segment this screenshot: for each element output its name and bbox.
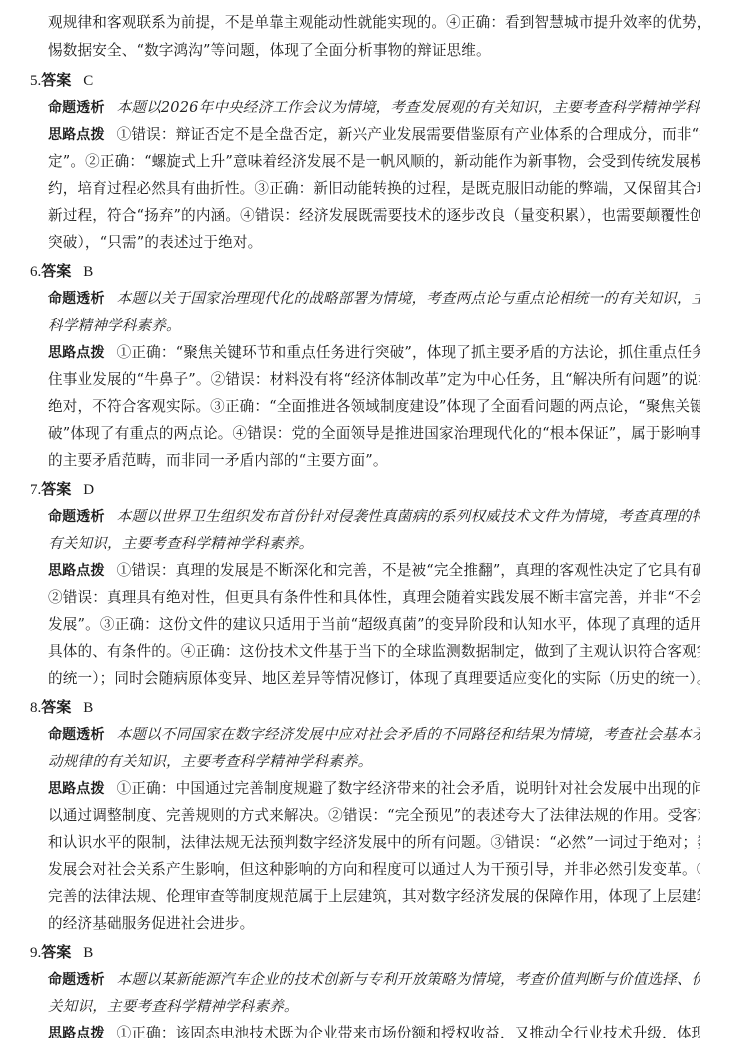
analysis-text: 本题以2026年中央经济工作会议为情境，考查发展观的有关知识，主要考查科学精神学… — [117, 99, 700, 116]
analysis-text: 本题以不同国家在数字经济发展中应对社会矛盾的不同路径和结果为情境，考查社会基本矛… — [117, 726, 700, 743]
hint-label: 思路点拨 — [48, 127, 105, 143]
analysis-line: 科学精神学科素养。 — [48, 316, 700, 336]
question-5-header: 5.答案C — [30, 70, 93, 90]
hint-line: 住事业发展的“牛鼻子”。②错误：材料没有将“经济体制改革”定为中心任务，且“解决… — [48, 370, 700, 390]
analysis-line: 有关知识，主要考查科学精神学科素养。 — [48, 534, 700, 554]
hint-label: 思路点拨 — [48, 781, 105, 797]
question-7-header: 7.答案D — [30, 479, 94, 499]
analysis-text: 本题以某新能源汽车企业的技术创新与专利开放策略为情境，考查价值判断与价值选择、价… — [117, 971, 700, 988]
question-9-header: 9.答案B — [30, 942, 93, 962]
hint-line: 约，培育过程必然具有曲折性。③正确：新旧动能转换的过程，是既克服旧动能的弊端，又… — [48, 179, 700, 199]
hint-label: 思路点拨 — [48, 563, 105, 579]
answer-value: B — [83, 945, 93, 961]
question-number: 9. — [30, 945, 41, 961]
hint-line: 思路点拨①错误：真理的发展是不断深化和完善，不是被“完全推翻”，真理的客观性决定… — [48, 561, 700, 581]
intro-line: 观规律和客观联系为前提，不是单靠主观能动性就能实现的。④正确：看到智慧城市提升效… — [48, 13, 700, 33]
analysis-line: 关知识，主要考查科学精神学科素养。 — [48, 997, 700, 1017]
analysis-label: 命题透析 — [48, 972, 105, 988]
answer-value: C — [83, 73, 93, 89]
answer-value: B — [83, 700, 93, 716]
hint-line: 绝对，不符合客观实际。③正确：“全面推进各领域制度建设”体现了全面看问题的两点论… — [48, 397, 700, 417]
hint-line: 思路点拨①正确：“聚焦关键环节和重点任务进行突破”，体现了抓主要矛盾的方法论，抓… — [48, 343, 700, 363]
hint-line: 的统一）；同时会随病原体变异、地区差异等情况修订，体现了真理要适应变化的实际（历… — [48, 669, 700, 689]
answer-label: 答案 — [41, 943, 71, 961]
hint-line: 的主要矛盾范畴，而非同一矛盾内部的“主要方面”。 — [48, 451, 700, 471]
hint-label: 思路点拨 — [48, 1026, 105, 1038]
hint-line: 和认识水平的限制，法律法规无法预判数字经济发展中的所有问题。③错误：“必然”一词… — [48, 833, 700, 853]
analysis-line: 命题透析本题以2026年中央经济工作会议为情境，考查发展观的有关知识，主要考查科… — [48, 98, 700, 118]
hint-text: ①错误：真理的发展是不断深化和完善，不是被“完全推翻”，真理的客观性决定了它具有… — [117, 562, 700, 579]
answer-value: D — [83, 482, 94, 498]
analysis-line: 命题透析本题以不同国家在数字经济发展中应对社会矛盾的不同路径和结果为情境，考查社… — [48, 725, 700, 745]
hint-text: ①正确：中国通过完善制度规避了数字经济带来的社会矛盾，说明针对社会发展中出现的问… — [117, 780, 700, 797]
analysis-label: 命题透析 — [48, 100, 105, 116]
hint-line: 破”体现了有重点的两点论。④错误：党的全面领导是推进国家治理现代化的“根本保证”… — [48, 424, 700, 444]
question-8-header: 8.答案B — [30, 697, 93, 717]
hint-text: ①正确：“聚焦关键环节和重点任务进行突破”，体现了抓主要矛盾的方法论，抓住重点任… — [117, 344, 700, 361]
hint-line: 完善的法律法规、伦理审查等制度规范属于上层建筑，其对数字经济发展的保障作用，体现… — [48, 887, 700, 907]
analysis-text: 本题以关于国家治理现代化的战略部署为情境，考查两点论与重点论相统一的有关知识，主… — [117, 290, 700, 307]
hint-line: 定”。②正确：“螺旋式上升”意味着经济发展不是一帆风顺的，新动能作为新事物，会受… — [48, 152, 700, 172]
answer-value: B — [83, 264, 93, 280]
intro-line: 惕数据安全、“数字鸿沟”等问题，体现了全面分析事物的辩证思维。 — [48, 41, 700, 61]
hint-line: 新过程，符合“扬弃”的内涵。④错误：经济发展既需要技术的逐步改良（量变积累），也… — [48, 206, 700, 226]
answer-label: 答案 — [41, 262, 71, 280]
hint-text: ①正确：该固态电池技术既为企业带来市场份额和授权收益，又推动全行业技术升级，体现… — [117, 1025, 700, 1038]
hint-line: 发展会对社会关系产生影响，但这种影响的方向和程度可以通过人为干预引导，并非必然引… — [48, 860, 700, 880]
hint-line: 以通过调整制度、完善规则的方式来解决。②错误：“完全预见”的表述夸大了法律法规的… — [48, 806, 700, 826]
analysis-label: 命题透析 — [48, 509, 105, 525]
question-number: 6. — [30, 264, 41, 280]
analysis-text: 本题以世界卫生组织发布首份针对侵袭性真菌病的系列权威技术文件为情境，考查真理的特… — [117, 508, 700, 525]
analysis-line: 命题透析本题以某新能源汽车企业的技术创新与专利开放策略为情境，考查价值判断与价值… — [48, 970, 700, 990]
hint-line: 发展”。③正确：这份文件的建议只适用于当前“超级真菌”的变异阶段和认知水平，体现… — [48, 615, 700, 635]
hint-line: 思路点拨①正确：该固态电池技术既为企业带来市场份额和授权收益，又推动全行业技术升… — [48, 1024, 700, 1038]
answer-label: 答案 — [41, 698, 71, 716]
answer-label: 答案 — [41, 71, 71, 89]
hint-label: 思路点拨 — [48, 345, 105, 361]
analysis-label: 命题透析 — [48, 291, 105, 307]
hint-line: 突破），“只需”的表述过于绝对。 — [48, 233, 700, 253]
hint-line: ②错误：真理具有绝对性，但更具有条件性和具体性，真理会随着实践发展不断丰富完善，… — [48, 588, 700, 608]
question-6-header: 6.答案B — [30, 261, 93, 281]
hint-text: ①错误：辩证否定不是全盘否定，新兴产业发展需要借鉴原有产业体系的合理成分，而非“… — [117, 126, 700, 143]
answer-label: 答案 — [41, 480, 71, 498]
document-page: 观规律和客观联系为前提，不是单靠主观能动性就能实现的。④正确：看到智慧城市提升效… — [0, 0, 731, 1038]
question-number: 8. — [30, 700, 41, 716]
analysis-line: 动规律的有关知识，主要考查科学精神学科素养。 — [48, 752, 700, 772]
hint-line: 的经济基础服务促进社会进步。 — [48, 914, 700, 934]
hint-line: 具体的、有条件的。④正确：这份技术文件基于当下的全球监测数据制定，做到了主观认识… — [48, 642, 700, 662]
analysis-line: 命题透析本题以关于国家治理现代化的战略部署为情境，考查两点论与重点论相统一的有关… — [48, 289, 700, 309]
hint-line: 思路点拨①正确：中国通过完善制度规避了数字经济带来的社会矛盾，说明针对社会发展中… — [48, 779, 700, 799]
question-number: 7. — [30, 482, 41, 498]
analysis-line: 命题透析本题以世界卫生组织发布首份针对侵袭性真菌病的系列权威技术文件为情境，考查… — [48, 507, 700, 527]
question-number: 5. — [30, 73, 41, 89]
hint-line: 思路点拨①错误：辩证否定不是全盘否定，新兴产业发展需要借鉴原有产业体系的合理成分… — [48, 125, 700, 145]
analysis-label: 命题透析 — [48, 727, 105, 743]
